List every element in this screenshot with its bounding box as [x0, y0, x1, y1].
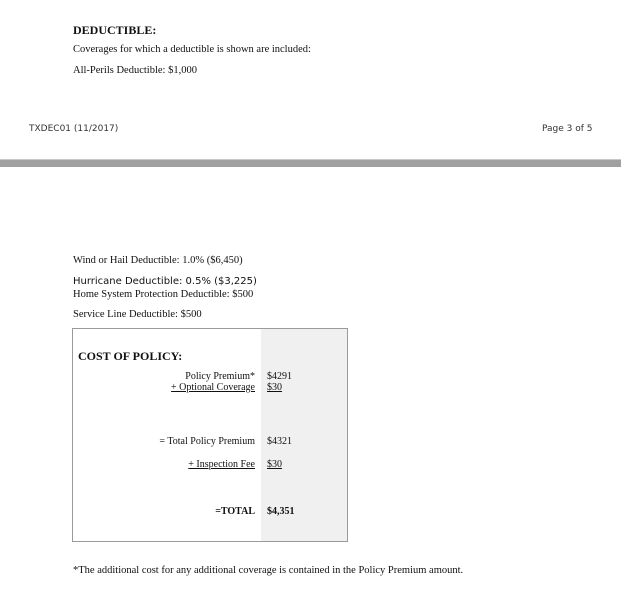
total-label: =TOTAL [215, 506, 255, 517]
policy-premium-label: Policy Premium* [185, 371, 255, 382]
page-break-divider [0, 159, 621, 167]
service-line-deductible: Service Line Deductible: $500 [73, 309, 202, 320]
form-id: TXDEC01 (11/2017) [29, 124, 118, 134]
total-value: $4,351 [267, 506, 295, 517]
total-policy-premium-label: = Total Policy Premium [159, 436, 255, 447]
home-system-deductible: Home System Protection Deductible: $500 [73, 289, 253, 300]
total-policy-premium-value: $4321 [267, 436, 292, 447]
page-number: Page 3 of 5 [542, 124, 593, 134]
inspection-fee-value: $30 [267, 459, 282, 470]
footnote: *The additional cost for any additional … [73, 565, 463, 576]
optional-coverage-label: + Optional Coverage [171, 382, 255, 393]
cost-of-policy-box: COST OF POLICY: Policy Premium* $4291 + … [72, 328, 348, 542]
inspection-fee-label: + Inspection Fee [188, 459, 255, 470]
all-perils-deductible: All-Perils Deductible: $1,000 [73, 65, 197, 76]
hurricane-deductible: Hurricane Deductible: 0.5% ($3,225) [73, 276, 257, 287]
deductible-heading: DEDUCTIBLE: [73, 23, 156, 38]
cost-of-policy-title: COST OF POLICY: [78, 349, 182, 364]
optional-coverage-value: $30 [267, 382, 282, 393]
coverage-note: Coverages for which a deductible is show… [73, 44, 311, 55]
policy-premium-value: $4291 [267, 371, 292, 382]
wind-hail-deductible: Wind or Hail Deductible: 1.0% ($6,450) [73, 255, 243, 266]
